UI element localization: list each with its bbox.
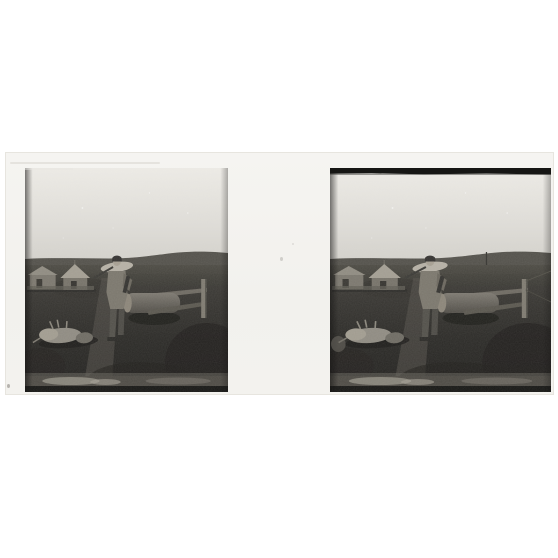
top-left-light-smudge (25, 168, 73, 170)
distant-pole (486, 252, 487, 265)
emulsion-blemish (331, 336, 346, 352)
stereo-glass-plate (5, 152, 554, 395)
dust-speck (292, 243, 294, 245)
plate-edge-line (10, 162, 160, 164)
dust-speck (7, 384, 10, 388)
stereo-photo-right (330, 168, 551, 392)
stereo-photo-left (25, 168, 228, 392)
dust-speck (280, 257, 283, 261)
scan-background (0, 0, 558, 558)
